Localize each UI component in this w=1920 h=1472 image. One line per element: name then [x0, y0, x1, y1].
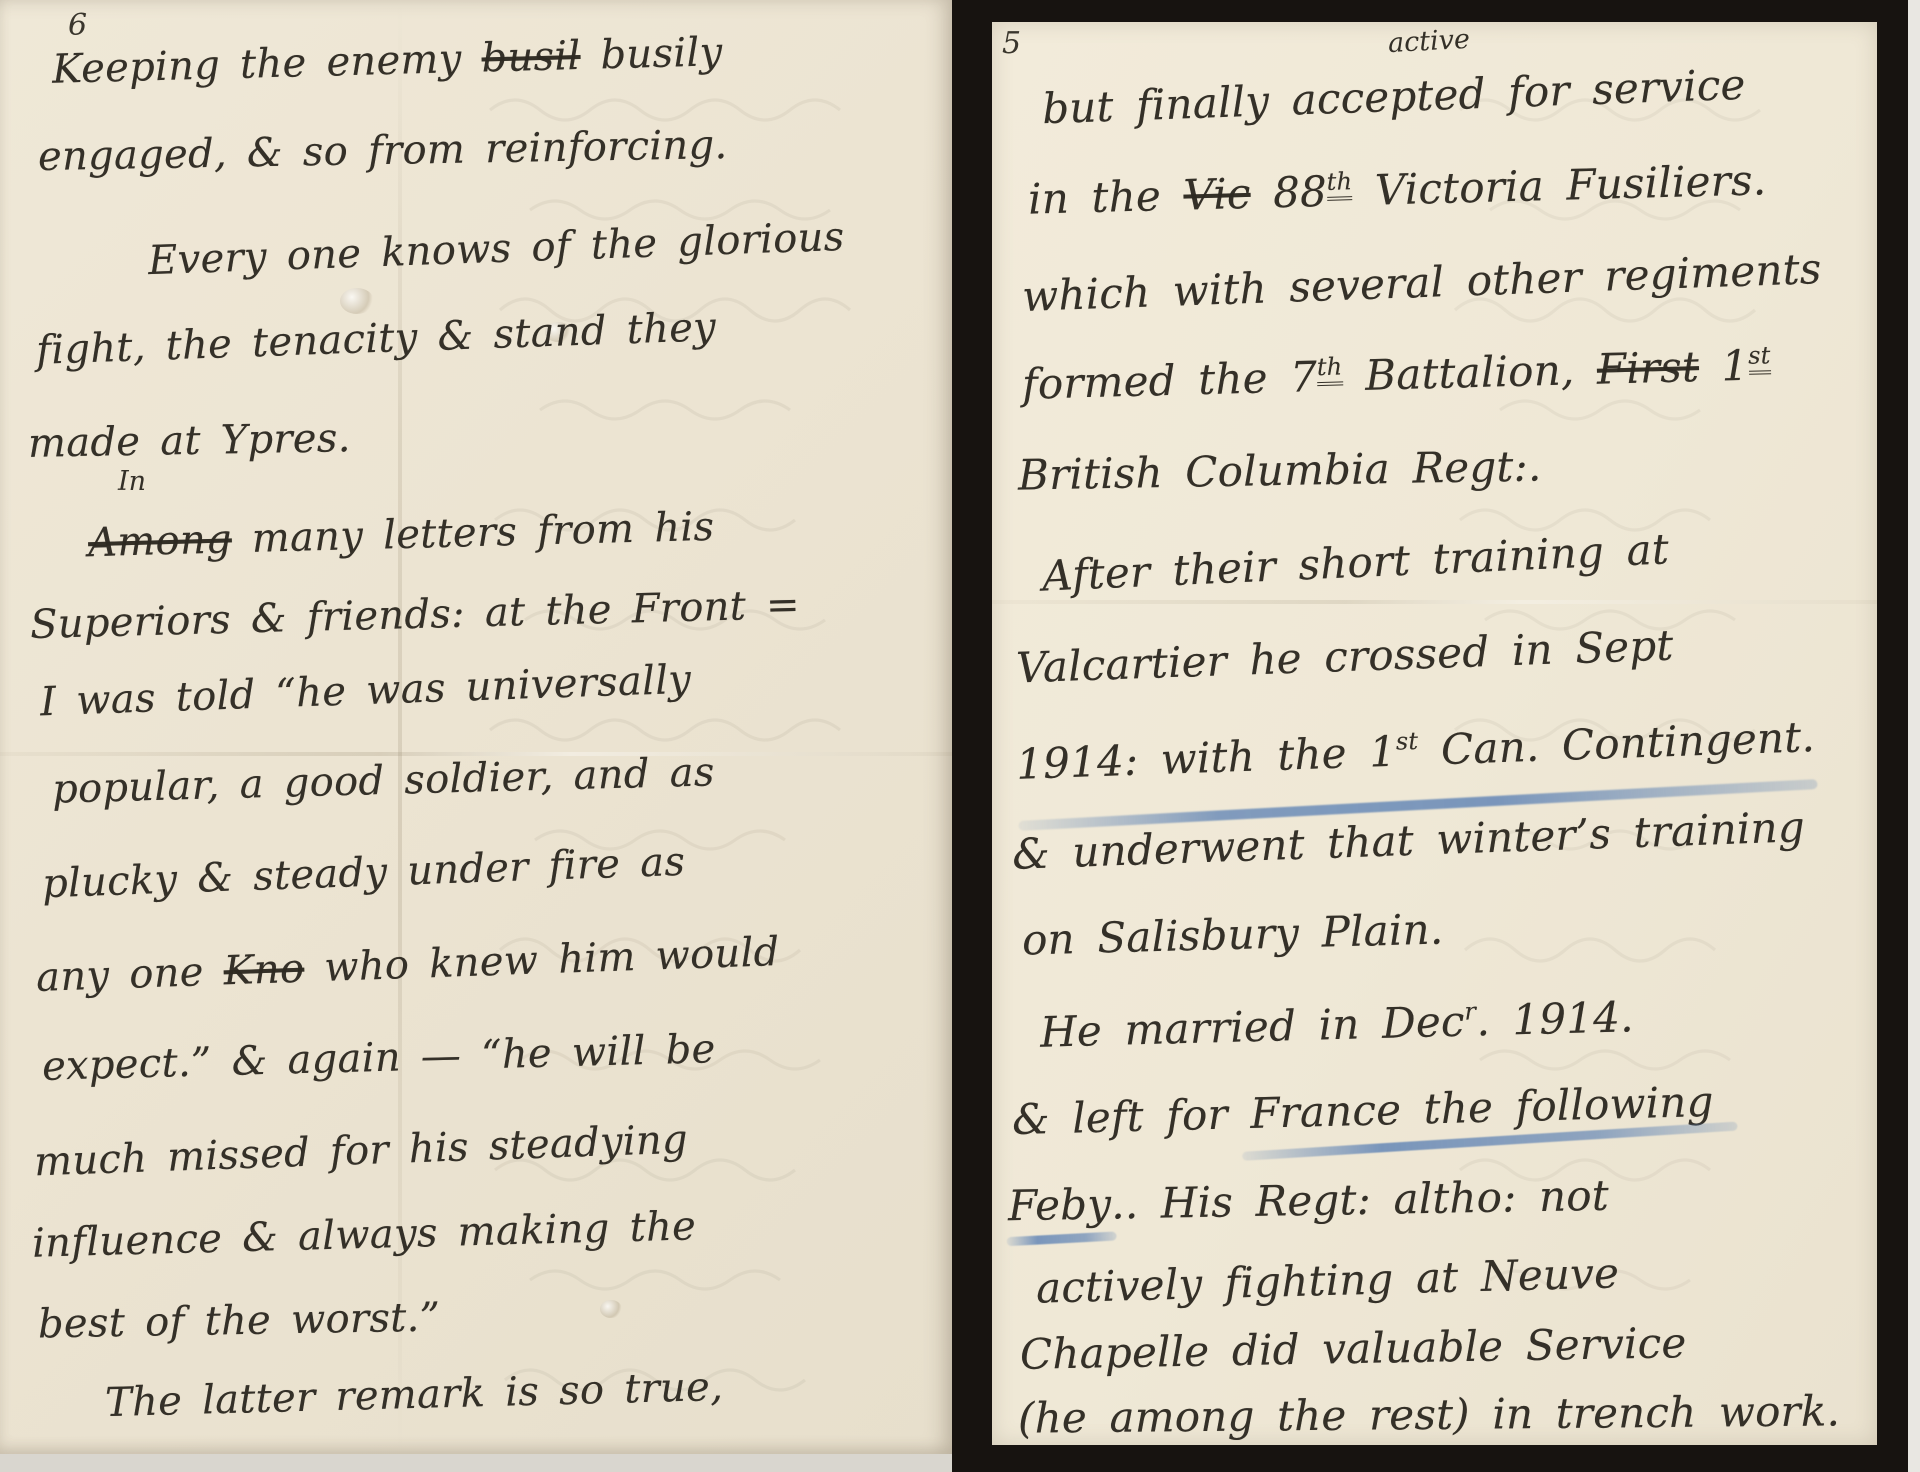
- superscript: th: [1326, 167, 1352, 201]
- handwritten-line: made at Ypres.: [28, 415, 351, 467]
- crossed-out-word: busil: [481, 33, 581, 82]
- superscript: th: [1317, 352, 1343, 386]
- handwritten-line: Feby.. His Regt: altho: not: [1008, 1171, 1610, 1230]
- paper-dent: [340, 288, 374, 314]
- inserted-word: active: [1387, 24, 1470, 59]
- scan-edge: [1908, 0, 1920, 1472]
- crossed-out-word: Kno: [223, 946, 305, 995]
- page-number-right: 5: [1002, 26, 1021, 61]
- superscript: st: [1748, 341, 1771, 375]
- handwritten-line: best of the worst.”: [38, 1294, 441, 1347]
- handwritten-line: (he among the rest) in trench work.: [1018, 1386, 1840, 1442]
- scan-edge: [0, 1454, 952, 1472]
- crossed-out-word: Among: [88, 516, 233, 566]
- blue-underlined-words: Feby: [1008, 1179, 1112, 1230]
- letter-scan: 6 Keeping the enemy busil busily engaged…: [0, 0, 1920, 1472]
- crossed-out-word: Vic: [1183, 169, 1251, 220]
- superscript: st: [1395, 727, 1418, 756]
- crossed-out-word: First: [1596, 342, 1699, 394]
- inserted-word: In: [118, 466, 146, 497]
- handwritten-line: British Columbia Regt:.: [1018, 441, 1542, 499]
- page-number-left: 6: [68, 8, 87, 43]
- left-page: 6 Keeping the enemy busil busily engaged…: [0, 0, 952, 1454]
